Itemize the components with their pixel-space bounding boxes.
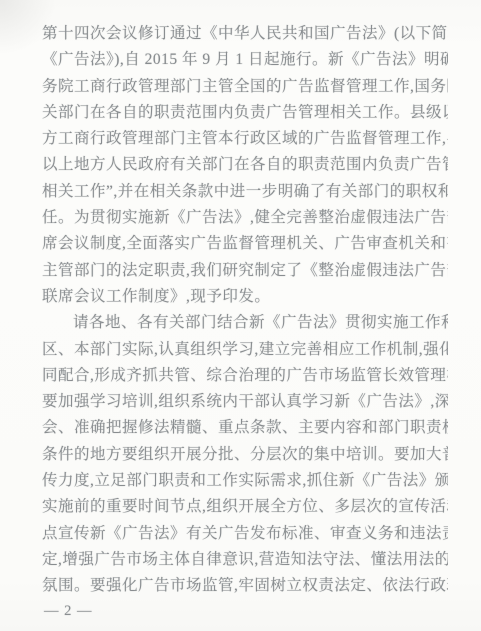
text-line: 相关工作”,并在相关条款中进一步明确了有关部门的职权和责 <box>42 179 448 205</box>
text-line: 席会议制度,全面落实广告监督管理机关、广告审查机关和有关 <box>42 231 448 257</box>
text-line: 氛围。要强化广告市场监管,牢固树立权责法定、依法行政理念, <box>42 573 448 599</box>
text-line: 定,增强广告市场主体自律意识,营造知法守法、懂法用法的社会 <box>42 547 448 573</box>
text-line: 要加强学习培训,组织系统内干部认真学习新《广告法》,深入领 <box>42 389 448 415</box>
text-line: 区、本部门实际,认真组织学习,建立完善相应工作机制,强化协 <box>42 337 448 363</box>
text-line: 任。为贯彻实施新《广告法》,健全完善整治虚假违法广告部际联 <box>42 205 448 231</box>
text-line: 以上地方人民政府有关部门在各自的职责范围内负责广告管理 <box>42 152 448 178</box>
text-line: 条件的地方要组织开展分批、分层次的集中培训。要加大普法宣 <box>42 442 448 468</box>
document-body: 第十四次会议修订通过《中华人民共和国广告法》(以下简称新《广告法》),自 201… <box>42 21 448 600</box>
text-line: 务院工商行政管理部门主管全国的广告监督管理工作,国务院有 <box>42 74 448 100</box>
text-line: 请各地、各有关部门结合新《广告法》贯彻实施工作和本地 <box>42 310 448 336</box>
text-line: 会、准确把握修法精髓、重点条款、主要内容和部门职责权限,有 <box>42 415 448 441</box>
document-page: 第十四次会议修订通过《中华人民共和国广告法》(以下简称新《广告法》),自 201… <box>0 0 481 631</box>
text-line: 联席会议工作制度》,现予印发。 <box>42 284 448 310</box>
text-line: 方工商行政管理部门主管本行政区域的广告监督管理工作,县级 <box>42 126 448 152</box>
text-line: 传力度,立足部门职责和工作实际需求,抓住新《广告法》颁布后、 <box>42 468 448 494</box>
text-line: 同配合,形成齐抓共管、综合治理的广告市场监管长效管理机制。 <box>42 363 448 389</box>
text-line: 《广告法》),自 2015 年 9 月 1 日起施行。新《广告法》明确规定“国 <box>42 47 448 73</box>
text-line: 主管部门的法定职责,我们研究制定了《整治虚假违法广告部际 <box>42 258 448 284</box>
text-line: 点宣传新《广告法》有关广告发布标准、审查义务和违法责任等规 <box>42 521 448 547</box>
text-line: 关部门在各自的职责范围内负责广告管理相关工作。县级以上地 <box>42 100 448 126</box>
page-number: — 2 — <box>44 603 93 620</box>
text-line: 第十四次会议修订通过《中华人民共和国广告法》(以下简称新 <box>42 21 448 47</box>
text-line: 实施前的重要时间节点,组织开展全方位、多层次的宣传活动,重 <box>42 494 448 520</box>
